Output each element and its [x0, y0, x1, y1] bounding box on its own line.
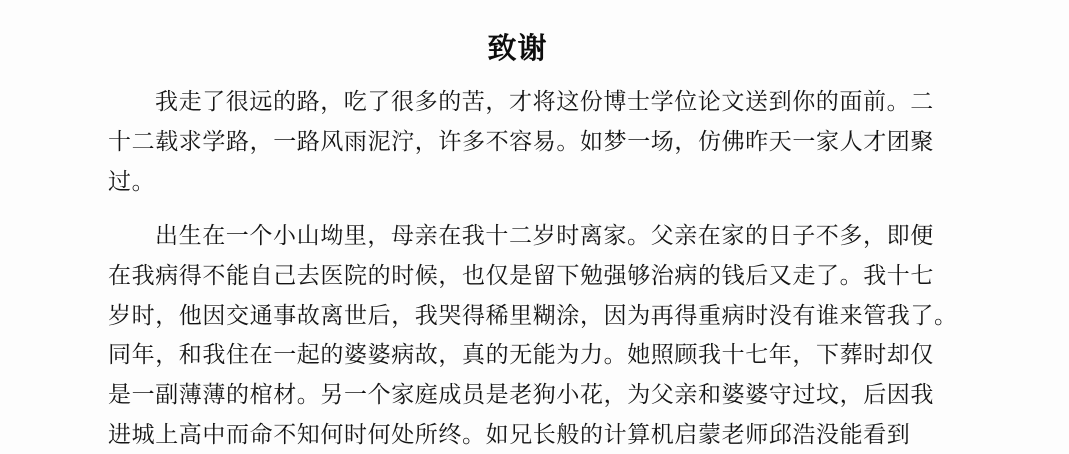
text-line: 出生在一个小山坳里，母亲在我十二岁时离家。父亲在家的日子不多，即便	[108, 217, 938, 257]
text-line: 在我病得不能自己去医院的时候，也仅是留下勉强够治病的钱后又走了。我十七	[108, 257, 938, 297]
paragraph-2: 出生在一个小山坳里，母亲在我十二岁时离家。父亲在家的日子不多，即便 在我病得不能…	[108, 217, 938, 454]
text-line: 同年，和我住在一起的婆婆病故，真的无能为力。她照顾我十七年，下葬时却仅	[108, 336, 938, 376]
text-line: 我走了很远的路，吃了很多的苦，才将这份博士学位论文送到你的面前。二	[108, 83, 938, 123]
text-line: 过。	[108, 163, 938, 203]
text-line: 十二载求学路，一路风雨泥泞，许多不容易。如梦一场，仿佛昨天一家人才团聚	[108, 123, 938, 163]
text-line: 岁时，他因交通事故离世后，我哭得稀里糊涂，因为再得重病时没有谁来管我了。	[108, 297, 938, 337]
text-line: 进城上高中而命不知何时何处所终。如兄长般的计算机启蒙老师邱浩没能看到	[108, 416, 938, 454]
page-title: 致谢	[0, 28, 1035, 68]
text-line: 是一副薄薄的棺材。另一个家庭成员是老狗小花，为父亲和婆婆守过坟，后因我	[108, 376, 938, 416]
paragraph-1: 我走了很远的路，吃了很多的苦，才将这份博士学位论文送到你的面前。二 十二载求学路…	[108, 83, 938, 202]
document-page: 致谢 我走了很远的路，吃了很多的苦，才将这份博士学位论文送到你的面前。二 十二载…	[0, 0, 1069, 454]
